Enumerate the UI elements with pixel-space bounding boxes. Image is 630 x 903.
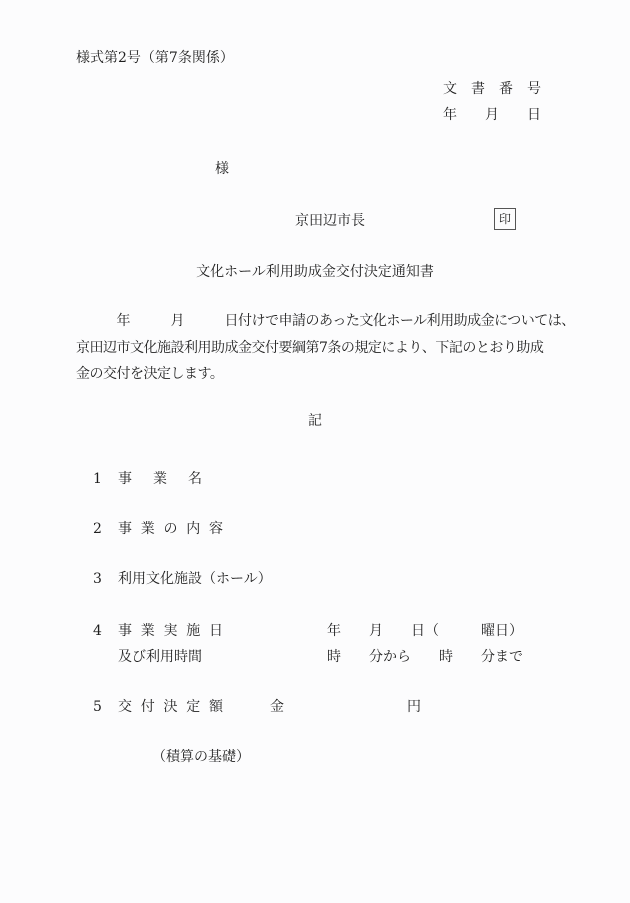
item-4-date-blank-fields: 年 月 日（ 曜日） [327, 622, 523, 640]
item-4-label-event-date: 事業実施日 [118, 622, 223, 640]
body-line-2: 京田辺市文化施設利用助成金交付要綱第7条の規定により、下記のとおり助成 [76, 339, 543, 357]
item-2-number: 2 [93, 520, 113, 538]
date-blank-line: 年 月 日 [443, 106, 541, 124]
item-4-label-usage-time: 及び利用時間 [118, 648, 202, 666]
calculation-basis-note: （積算の基礎） [152, 748, 250, 766]
item-5-amount-prefix-kin: 金 [270, 698, 284, 716]
item-1-label-project-name: 事業名 [118, 470, 202, 488]
document-title: 文化ホール利用助成金交付決定通知書 [0, 263, 630, 281]
item-2-label-project-description: 事業の内容 [118, 520, 223, 538]
record-marker: 記 [0, 412, 630, 430]
sender-title: 京田辺市長 [295, 212, 365, 230]
item-5-label-grant-amount: 交付決定額 [118, 698, 223, 716]
official-seal-mark: 印 [494, 208, 516, 230]
notice-document-page: 様式第2号（第7条関係） 文 書 番 号 年 月 日 様 京田辺市長 印 文化ホ… [0, 0, 630, 903]
item-3-label-facility: 利用文化施設（ホール） [118, 570, 272, 588]
item-4-time-blank-fields: 時 分から 時 分まで [327, 648, 523, 666]
item-4-number: 4 [93, 622, 113, 640]
addressee-suffix: 様 [215, 160, 229, 178]
body-line-1: 年 月 日付けで申請のあった文化ホール利用助成金については、 [76, 312, 575, 330]
item-1-number: 1 [93, 470, 113, 488]
doc-number-label: 文 書 番 号 [443, 80, 541, 98]
body-line-3: 金の交付を決定します。 [76, 365, 223, 383]
item-5-amount-suffix-yen: 円 [407, 698, 421, 716]
item-3-number: 3 [93, 570, 113, 588]
item-5-number: 5 [93, 698, 113, 716]
form-number: 様式第2号（第7条関係） [76, 49, 234, 67]
